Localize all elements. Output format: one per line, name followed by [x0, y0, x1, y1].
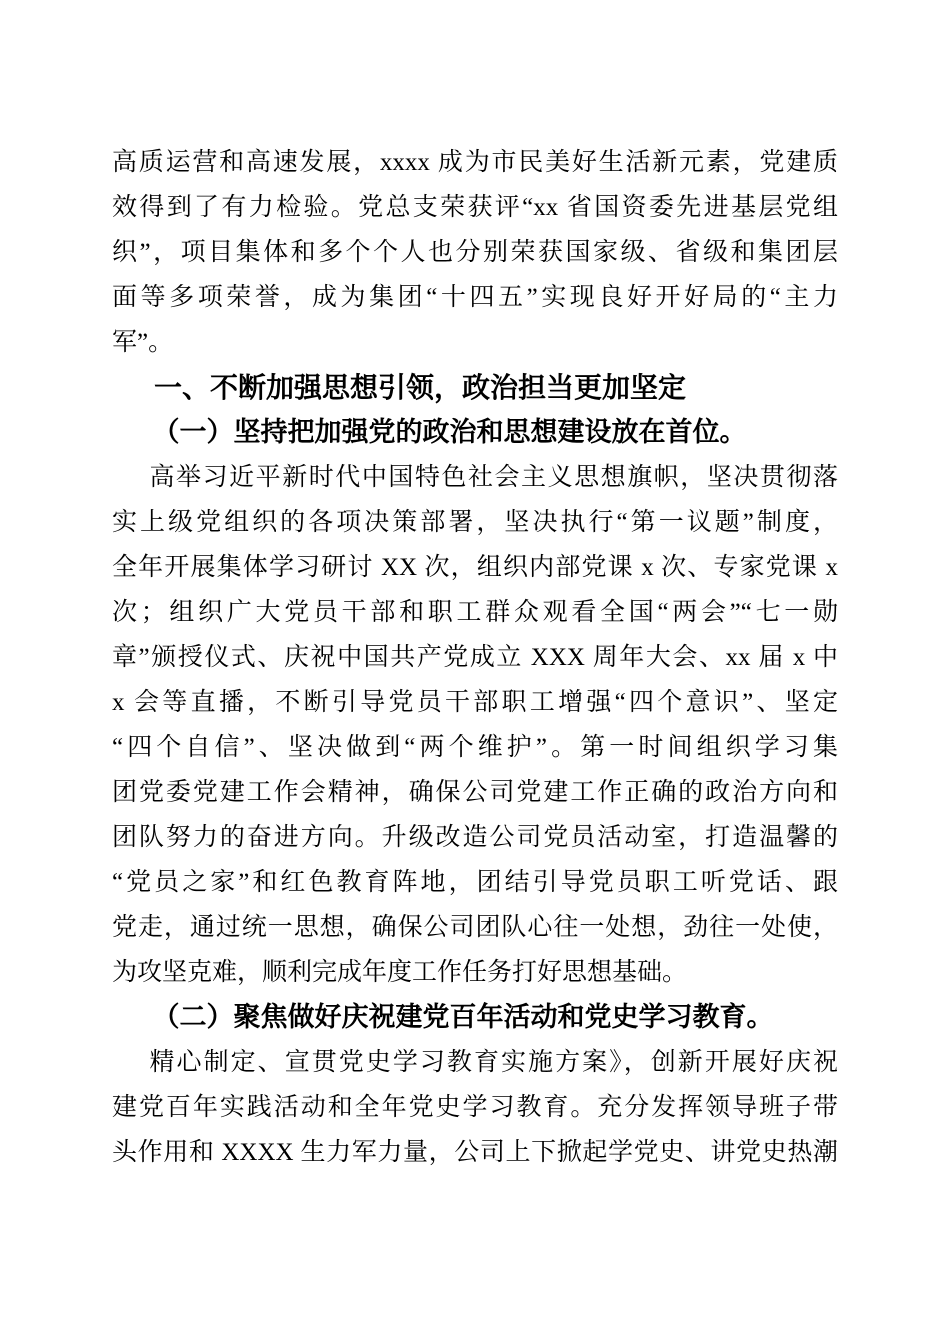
text-line: 头作用和 XXXX 生力军力量，公司上下掀起学党史、讲党史热潮: [112, 1130, 838, 1175]
paragraph-body-1: 高举习近平新时代中国特色社会主义思想旗帜，坚决贯彻落实上级党组织的各项决策部署，…: [112, 455, 838, 995]
text-line: 建党百年实践活动和全年党史学习教育。充分发挥领导班子带: [112, 1085, 838, 1130]
section-heading-1: 一、不断加强思想引领，政治担当更加坚定: [112, 365, 838, 410]
text-line: x 会等直播，不断引导党员干部职工增强“四个意识”、坚定: [112, 680, 838, 725]
text-line: 高质运营和高速发展，xxxx 成为市民美好生活新元素，党建质: [112, 140, 838, 185]
text-line: 精心制定、宣贯党史学习教育实施方案》，创新开展好庆祝: [112, 1040, 838, 1085]
document-page: 高质运营和高速发展，xxxx 成为市民美好生活新元素，党建质效得到了有力检验。党…: [0, 0, 950, 1344]
text-line: 次；组织广大党员干部和职工群众观看全国“两会”“七一勋: [112, 590, 838, 635]
text-line: （二）聚焦做好庆祝建党百年活动和党史学习教育。: [112, 995, 838, 1040]
text-line: 实上级党组织的各项决策部署，坚决执行“第一议题”制度，: [112, 500, 838, 545]
text-line: 一、不断加强思想引领，政治担当更加坚定: [112, 365, 838, 410]
document-body: 高质运营和高速发展，xxxx 成为市民美好生活新元素，党建质效得到了有力检验。党…: [112, 140, 838, 1175]
sub-heading-1-1: （一）坚持把加强党的政治和思想建设放在首位。: [112, 410, 838, 455]
paragraph-body-2: 精心制定、宣贯党史学习教育实施方案》，创新开展好庆祝建党百年实践活动和全年党史学…: [112, 1040, 838, 1175]
text-line: （一）坚持把加强党的政治和思想建设放在首位。: [112, 410, 838, 455]
text-line: 高举习近平新时代中国特色社会主义思想旗帜，坚决贯彻落: [112, 455, 838, 500]
text-line: 章”颁授仪式、庆祝中国共产党成立 XXX 周年大会、xx 届 x 中: [112, 635, 838, 680]
sub-heading-1-2: （二）聚焦做好庆祝建党百年活动和党史学习教育。: [112, 995, 838, 1040]
text-line: 织”，项目集体和多个个人也分别荣获国家级、省级和集团层: [112, 230, 838, 275]
text-line: 团党委党建工作会精神，确保公司党建工作正确的政治方向和: [112, 770, 838, 815]
text-line: 党走，通过统一思想，确保公司团队心往一处想，劲往一处使，: [112, 905, 838, 950]
text-line: “党员之家”和红色教育阵地，团结引导党员职工听党话、跟: [112, 860, 838, 905]
text-line: 面等多项荣誉，成为集团“十四五”实现良好开好局的“主力: [112, 275, 838, 320]
text-line: 全年开展集体学习研讨 XX 次，组织内部党课 x 次、专家党课 x: [112, 545, 838, 590]
paragraph-continuation: 高质运营和高速发展，xxxx 成为市民美好生活新元素，党建质效得到了有力检验。党…: [112, 140, 838, 365]
text-line: 效得到了有力检验。党总支荣获评“xx 省国资委先进基层党组: [112, 185, 838, 230]
text-line: “四个自信”、坚决做到“两个维护”。第一时间组织学习集: [112, 725, 838, 770]
text-line: 团队努力的奋进方向。升级改造公司党员活动室，打造温馨的: [112, 815, 838, 860]
text-line: 为攻坚克难，顺利完成年度工作任务打好思想基础。: [112, 950, 838, 995]
text-line: 军”。: [112, 320, 838, 365]
